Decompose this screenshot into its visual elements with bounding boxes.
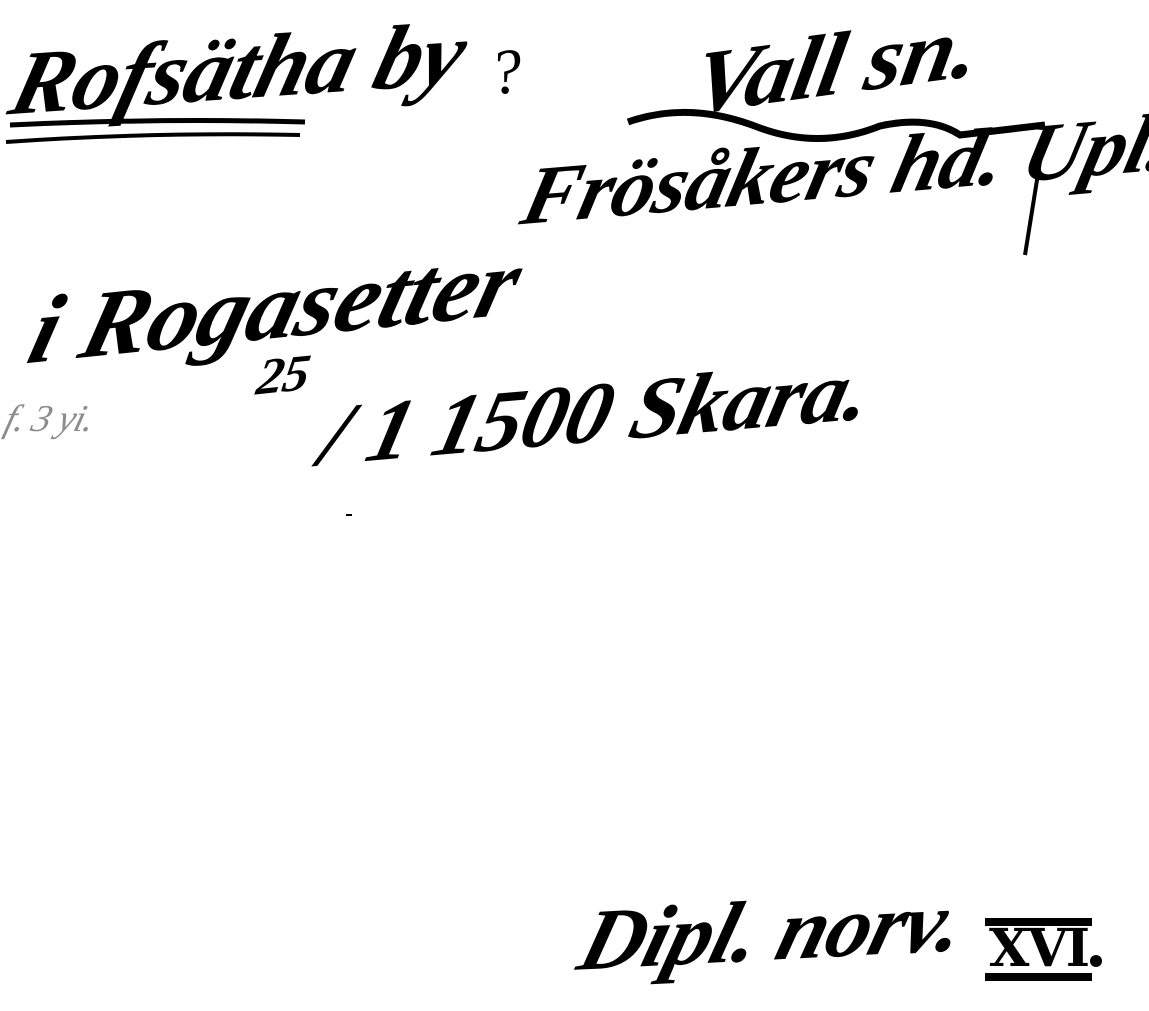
reference-citation: Dipl. norv. — [570, 878, 974, 985]
parish-name: Vall sn. — [687, 0, 987, 129]
card-heading: Rofsätha by — [2, 7, 476, 130]
issue-place: Skara. — [621, 342, 881, 459]
district-name: Frösåkers hd. Upl. — [514, 101, 1149, 240]
date-and-place: / 1 1500 Skara. — [313, 347, 880, 481]
heading-query-mark: ? — [487, 39, 525, 106]
reference-volume: XVI — [985, 918, 1092, 981]
faint-pencil-note: f. 3 yi. — [1, 400, 98, 438]
date-rest: / 1 1500 — [312, 364, 622, 485]
period-dot — [1090, 955, 1102, 967]
date-day: 25 — [253, 348, 313, 405]
